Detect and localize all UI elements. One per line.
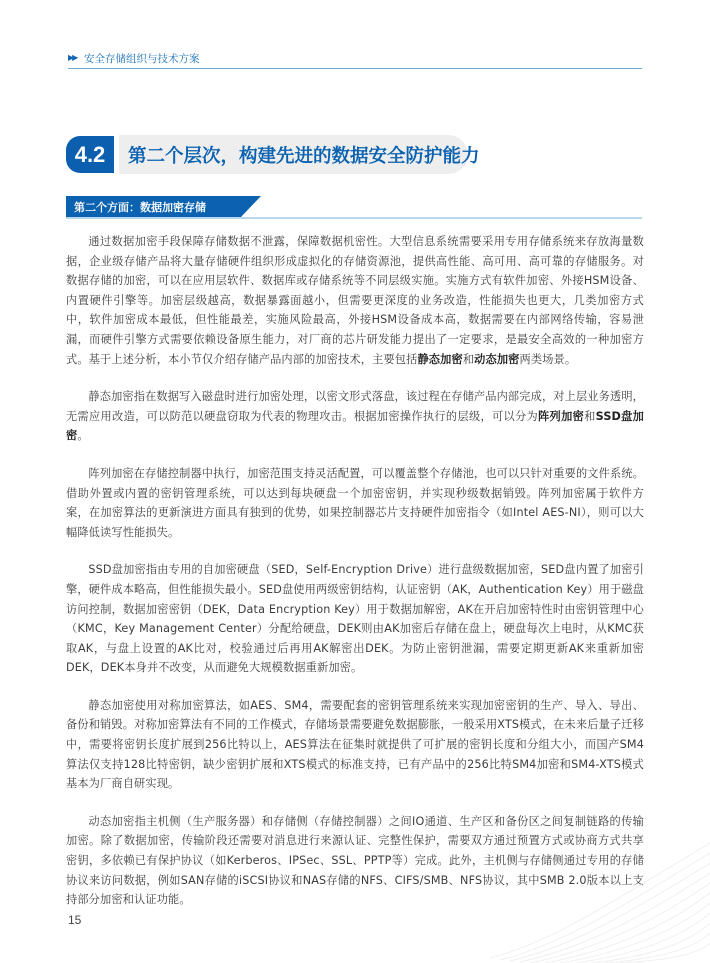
- running-header: ▶▶ 安全存储组织与技术方案: [68, 50, 642, 69]
- subsection-title: 第二个方面：数据加密存储: [74, 199, 206, 215]
- running-header-title: 安全存储组织与技术方案: [84, 51, 200, 66]
- paragraph-text: 通过数据加密手段保障存储数据不泄露，保障数据机密性。大型信息系统需要采用专用存储…: [66, 235, 644, 366]
- page-number: 15: [68, 913, 81, 927]
- paragraph-array-encryption: 阵列加密在存储控制器中执行，加密范围支持灵活配置，可以覆盖整个存储池，也可以只针…: [66, 464, 644, 542]
- bold-term-array-encryption: 阵列加密: [538, 410, 584, 423]
- double-arrow-icon: ▶▶: [68, 53, 76, 62]
- body-content: 通过数据加密手段保障存储数据不泄露，保障数据机密性。大型信息系统需要采用专用存储…: [66, 232, 644, 928]
- paragraph-text: 和: [463, 353, 474, 366]
- paragraph-symmetric-algorithms: 静态加密使用对称加密算法，如AES、SM4，需要配套的密钥管理系统来实现加密密钥…: [66, 696, 644, 794]
- section-title-pill: 第二个层次，构建先进的数据安全防护能力: [119, 135, 468, 174]
- paragraph-text: 。: [77, 429, 88, 442]
- paragraph-text: 和: [584, 410, 596, 423]
- section-heading: 4.2 第二个层次，构建先进的数据安全防护能力: [66, 135, 468, 176]
- section-title: 第二个层次，构建先进的数据安全防护能力: [128, 142, 480, 168]
- subsection-heading: 第二个方面：数据加密存储: [66, 196, 642, 219]
- paragraph-intro: 通过数据加密手段保障存储数据不泄露，保障数据机密性。大型信息系统需要采用专用存储…: [66, 232, 644, 369]
- paragraph-text: 两类场景。: [520, 353, 577, 366]
- bold-term-dynamic-encryption: 动态加密: [474, 353, 519, 366]
- bold-term-static-encryption: 静态加密: [417, 353, 462, 366]
- subsection-tab: 第二个方面：数据加密存储: [66, 196, 241, 217]
- paragraph-ssd-encryption: SSD盘加密指由专用的自加密硬盘（SED，Self-Encryption Dri…: [66, 560, 644, 678]
- paragraph-static-encryption: 静态加密指在数据写入磁盘时进行加密处理，以密文形式落盘，该过程在存储产品内部完成…: [66, 387, 644, 446]
- section-number: 4.2: [66, 136, 114, 173]
- paragraph-dynamic-encryption: 动态加密指主机侧（生产服务器）和存储侧（存储控制器）之间IO通道、生产区和备份区…: [66, 812, 644, 910]
